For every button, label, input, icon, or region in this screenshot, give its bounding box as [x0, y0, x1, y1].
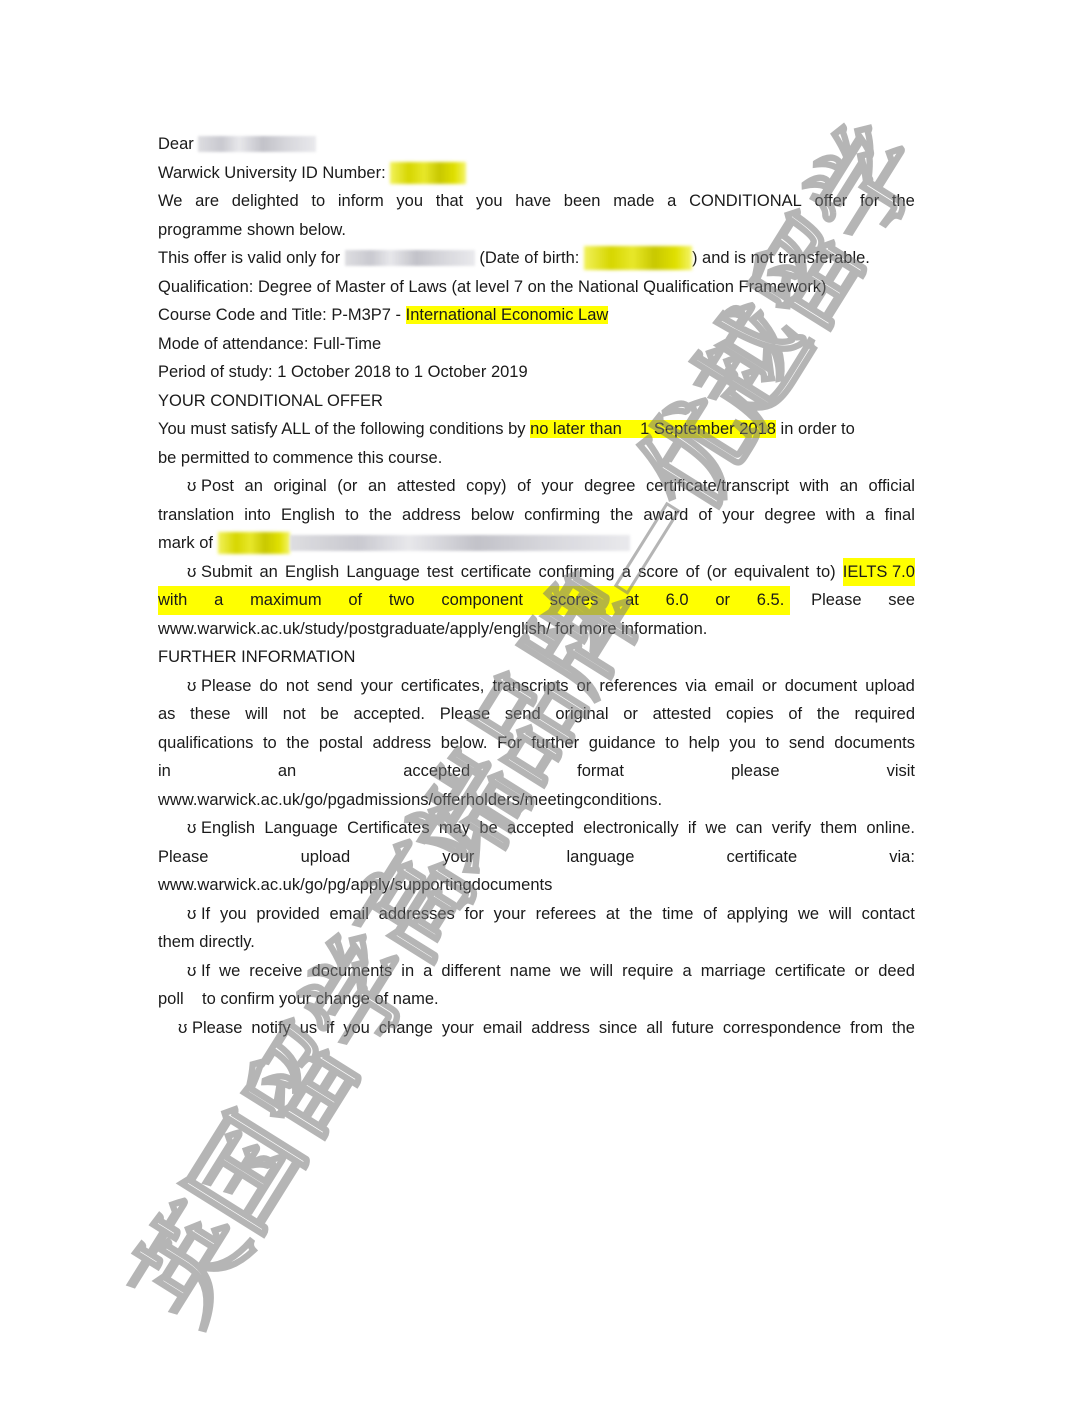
- redacted-mark: [218, 532, 290, 554]
- validity-suffix: ) and is not transferable.: [692, 249, 870, 267]
- word: guidance: [589, 729, 656, 758]
- validity-prefix: This offer is valid only for: [158, 249, 340, 267]
- word: the: [892, 187, 915, 216]
- word: we: [219, 957, 240, 986]
- word: via: [685, 672, 706, 701]
- word: from: [850, 1014, 883, 1043]
- word: a: [622, 558, 631, 587]
- word: send: [789, 729, 825, 758]
- word: attested: [653, 700, 712, 729]
- dob-label: (Date of birth:: [479, 249, 579, 267]
- info-1-line-1: ʊ Pleasedonotsendyourcertificates,transc…: [158, 672, 915, 701]
- word: in: [158, 757, 171, 786]
- word: language: [567, 843, 635, 872]
- word: with: [158, 586, 187, 615]
- condition-2-line-3: www.warwick.ac.uk/study/postgraduate/app…: [158, 615, 915, 644]
- word: confirming: [524, 501, 600, 530]
- word: email: [329, 900, 368, 929]
- word: of: [517, 472, 531, 501]
- condition-1-line-3: mark of: [158, 529, 915, 558]
- word: marriage: [701, 957, 766, 986]
- word: you: [729, 729, 756, 758]
- offer-letter: Dear Warwick University ID Number: Weare…: [158, 130, 915, 1042]
- word: qualifications: [158, 729, 253, 758]
- word: at: [606, 900, 620, 929]
- condition-1-line-2: translationintoEnglishtotheaddressbelowc…: [158, 501, 915, 530]
- word: address: [402, 501, 461, 530]
- word: or: [715, 586, 730, 615]
- word: accepted.: [353, 700, 425, 729]
- word: an: [245, 472, 263, 501]
- redacted-date-of-birth: [584, 246, 692, 270]
- intro-line-2: programme shown below.: [158, 216, 915, 245]
- word: the: [610, 501, 633, 530]
- word: offer: [815, 187, 848, 216]
- period-line: Period of study: 1 October 2018 to 1 Oct…: [158, 358, 915, 387]
- word: the: [369, 501, 392, 530]
- word: to: [345, 501, 359, 530]
- salutation-line: Dear: [158, 130, 915, 159]
- word: below.: [441, 729, 488, 758]
- word: will: [590, 957, 613, 986]
- word: you: [396, 187, 423, 216]
- word: if: [688, 814, 696, 843]
- word: original: [273, 472, 326, 501]
- word: ʊ Please: [187, 672, 251, 701]
- word: ʊ Submit: [187, 558, 252, 587]
- word: score: [638, 558, 678, 587]
- word: two: [389, 586, 415, 615]
- condition-1-line-1: ʊ Postanoriginal(oranattestedcopy)ofyour…: [158, 472, 915, 501]
- word: via:: [889, 843, 915, 872]
- word: to: [263, 729, 277, 758]
- word: if: [326, 1014, 334, 1043]
- word: send: [505, 700, 541, 729]
- word: future: [672, 1014, 714, 1043]
- word: online.: [866, 814, 915, 843]
- word: an: [840, 472, 858, 501]
- word: For: [497, 729, 522, 758]
- word: inform: [338, 187, 384, 216]
- word: the: [629, 900, 652, 929]
- word: of: [698, 501, 712, 530]
- word: accepted: [403, 757, 470, 786]
- word: references: [599, 672, 677, 701]
- word: applying: [727, 900, 788, 929]
- word: Language: [346, 558, 419, 587]
- condition-2-line-2: withamaximumoftwocomponentscoresat6.0or6…: [158, 586, 915, 615]
- word: be: [479, 814, 497, 843]
- word: can: [736, 814, 763, 843]
- info-1-line-3: qualificationstothepostaladdressbelow.Fo…: [158, 729, 915, 758]
- word: below: [471, 501, 514, 530]
- word: maximum: [250, 586, 322, 615]
- word: degree: [764, 501, 815, 530]
- word: will: [245, 700, 268, 729]
- word: address: [372, 729, 431, 758]
- word: the: [817, 700, 840, 729]
- word: confirming: [538, 558, 614, 587]
- word: ʊ If: [187, 900, 210, 929]
- conditions-deadline: no later than 1 September 2018: [530, 420, 776, 438]
- word: see: [888, 586, 915, 615]
- word: we: [705, 814, 726, 843]
- word: upload: [301, 843, 351, 872]
- word: certificate: [727, 843, 798, 872]
- intro-line-1: Wearedelightedtoinformyouthatyouhavebeen…: [158, 187, 915, 216]
- word: official: [868, 472, 914, 501]
- word: an: [368, 472, 386, 501]
- word: certificate: [461, 558, 532, 587]
- word: for: [465, 900, 484, 929]
- word: upload: [865, 672, 915, 701]
- course-code: Course Code and Title: P-M3P7 -: [158, 306, 406, 324]
- word: Please: [811, 586, 861, 615]
- word: document: [785, 672, 857, 701]
- word: addresses: [379, 900, 455, 929]
- mark-label: mark of: [158, 534, 213, 552]
- word: translation: [158, 501, 234, 530]
- word: are: [195, 187, 219, 216]
- word: a: [214, 586, 223, 615]
- word: a: [683, 957, 692, 986]
- word: electronically: [583, 814, 678, 843]
- salutation: Dear: [158, 135, 194, 153]
- word: (or: [337, 472, 357, 501]
- word: all: [646, 1014, 663, 1043]
- word: of: [348, 586, 362, 615]
- word: to): [816, 558, 835, 587]
- word: postal: [319, 729, 363, 758]
- word: of: [686, 558, 700, 587]
- id-label: Warwick University ID Number:: [158, 164, 386, 182]
- word: documents: [834, 729, 915, 758]
- info-4-line-1: ʊ Ifwereceivedocumentsinadifferentnamewe…: [158, 957, 915, 986]
- word: these: [190, 700, 230, 729]
- word: award: [643, 501, 688, 530]
- word: provided: [256, 900, 319, 929]
- word: English: [285, 558, 339, 587]
- word: please: [731, 757, 780, 786]
- word: made: [613, 187, 654, 216]
- word: that: [436, 187, 464, 216]
- word: with: [826, 501, 855, 530]
- ielts-score-highlight: IELTS 7.0: [843, 558, 915, 587]
- conditions-prefix: You must satisfy ALL of the following co…: [158, 420, 530, 438]
- word: us: [300, 1014, 317, 1043]
- word: degree: [584, 472, 635, 501]
- word: of: [703, 900, 717, 929]
- word: ʊ Please: [178, 1014, 242, 1043]
- word: your: [442, 843, 474, 872]
- word: component: [441, 586, 523, 615]
- word: not: [286, 672, 309, 701]
- word: different: [441, 957, 500, 986]
- word: in: [401, 957, 414, 986]
- word: be: [320, 700, 338, 729]
- word: or: [623, 700, 638, 729]
- word: further: [531, 729, 579, 758]
- word: deed: [878, 957, 915, 986]
- word: the: [286, 729, 309, 758]
- word: a: [667, 187, 676, 216]
- word: email: [715, 672, 754, 701]
- word: certificate: [775, 957, 846, 986]
- word: We: [158, 187, 182, 216]
- word: address: [531, 1014, 590, 1043]
- word: test: [427, 558, 454, 587]
- word: an: [260, 558, 278, 587]
- word: documents: [312, 957, 393, 986]
- word: attested: [397, 472, 456, 501]
- word: ʊ English: [187, 814, 255, 843]
- word: will: [829, 900, 852, 929]
- mode-line: Mode of attendance: Full-Time: [158, 330, 915, 359]
- word: a: [865, 501, 874, 530]
- word: name: [510, 957, 551, 986]
- word: receive: [249, 957, 302, 986]
- conditions-intro-line-2: be permitted to commence this course.: [158, 444, 915, 473]
- word: of: [788, 700, 802, 729]
- redacted-id-number: [390, 162, 466, 184]
- course-line: Course Code and Title: P-M3P7 - Internat…: [158, 301, 915, 330]
- word: original: [555, 700, 608, 729]
- word: not: [283, 700, 306, 729]
- conditional-offer-heading: YOUR CONDITIONAL OFFER: [158, 387, 915, 416]
- info-3-line-1: ʊ Ifyouprovidedemailaddressesforyourrefe…: [158, 900, 915, 929]
- word: them: [820, 814, 857, 843]
- word: verify: [772, 814, 811, 843]
- word: Language: [264, 814, 337, 843]
- word: delighted: [232, 187, 299, 216]
- word: with: [800, 472, 829, 501]
- word: 6.0: [666, 586, 689, 615]
- word: we: [560, 957, 581, 986]
- word: you: [476, 187, 503, 216]
- word: contact: [862, 900, 915, 929]
- intro-paragraph: Wearedelightedtoinformyouthatyouhavebeen…: [158, 187, 915, 244]
- info-1-line-4: inanacceptedformatpleasevisit: [158, 757, 915, 786]
- word: been: [564, 187, 601, 216]
- word: require: [622, 957, 673, 986]
- word: correspondence: [723, 1014, 841, 1043]
- id-number-line: Warwick University ID Number:: [158, 159, 915, 188]
- word: or: [855, 957, 870, 986]
- info-4-line-2: poll to confirm your change of name.: [158, 985, 915, 1014]
- word: you: [343, 1014, 370, 1043]
- word: into: [244, 501, 271, 530]
- word: help: [689, 729, 720, 758]
- word: ʊ Post: [187, 472, 234, 501]
- validity-line: This offer is valid only for (Date of bi…: [158, 244, 915, 273]
- word: Please: [158, 843, 208, 872]
- word: you: [220, 900, 247, 929]
- word: copies: [726, 700, 774, 729]
- word: to: [311, 187, 325, 216]
- word: since: [599, 1014, 638, 1043]
- word: CONDITIONAL: [689, 187, 802, 216]
- word: at: [625, 586, 639, 615]
- word: your: [722, 501, 754, 530]
- word: for: [860, 187, 879, 216]
- info-2-line-3: www.warwick.ac.uk/go/pg/apply/supporting…: [158, 871, 915, 900]
- word: do: [259, 672, 277, 701]
- word: your: [361, 672, 393, 701]
- word: Please: [440, 700, 490, 729]
- word: your: [494, 900, 526, 929]
- info-1-line-5: www.warwick.ac.uk/go/pgadmissions/offerh…: [158, 786, 915, 815]
- word: to: [766, 729, 780, 758]
- word: certificates,: [401, 672, 484, 701]
- word: change: [379, 1014, 433, 1043]
- word: your: [442, 1014, 474, 1043]
- condition-2-line-1: ʊ SubmitanEnglishLanguagetestcertificate…: [158, 558, 915, 587]
- word: email: [483, 1014, 522, 1043]
- conditions-suffix: in order to: [776, 420, 855, 438]
- word: copy): [466, 472, 506, 501]
- word: English: [281, 501, 335, 530]
- info-2-line-2: Pleaseuploadyourlanguagecertificatevia:: [158, 843, 915, 872]
- word: the: [892, 1014, 915, 1043]
- further-information-heading: FURTHER INFORMATION: [158, 643, 915, 672]
- word: your: [541, 472, 573, 501]
- word: final: [885, 501, 915, 530]
- word: ʊ If: [187, 957, 210, 986]
- word: as: [158, 700, 175, 729]
- word: we: [798, 900, 819, 929]
- word: or: [577, 672, 592, 701]
- word: have: [515, 187, 551, 216]
- word: or: [762, 672, 777, 701]
- course-title: International Economic Law: [406, 306, 609, 324]
- word: transcripts: [492, 672, 568, 701]
- qualification-line: Qualification: Degree of Master of Laws …: [158, 273, 915, 302]
- redacted-full-name: [345, 250, 475, 266]
- word: time: [662, 900, 693, 929]
- word: scores: [550, 586, 599, 615]
- info-2-line-1: ʊ EnglishLanguageCertificatesmaybeaccept…: [158, 814, 915, 843]
- word: (or: [707, 558, 727, 587]
- word: 6.5.: [757, 586, 785, 615]
- info-3-line-2: them directly.: [158, 928, 915, 957]
- word: an: [278, 757, 296, 786]
- word: send: [317, 672, 353, 701]
- word: Certificates: [347, 814, 430, 843]
- word: required: [854, 700, 915, 729]
- word: visit: [887, 757, 915, 786]
- info-5-line-1: ʊ Pleasenotifyusifyouchangeyouremailaddr…: [158, 1014, 915, 1043]
- redacted-name: [198, 136, 316, 152]
- conditions-intro-line-1: You must satisfy ALL of the following co…: [158, 415, 915, 444]
- word: to: [665, 729, 679, 758]
- word: format: [577, 757, 624, 786]
- word: referees: [536, 900, 597, 929]
- info-1-line-2: asthesewillnotbeaccepted.Pleasesendorigi…: [158, 700, 915, 729]
- redacted-mark-detail: [290, 535, 630, 551]
- word: equivalent: [734, 558, 809, 587]
- word: may: [439, 814, 470, 843]
- word: certificate/transcript: [646, 472, 789, 501]
- word: notify: [251, 1014, 290, 1043]
- word: a: [423, 957, 432, 986]
- word: accepted: [507, 814, 574, 843]
